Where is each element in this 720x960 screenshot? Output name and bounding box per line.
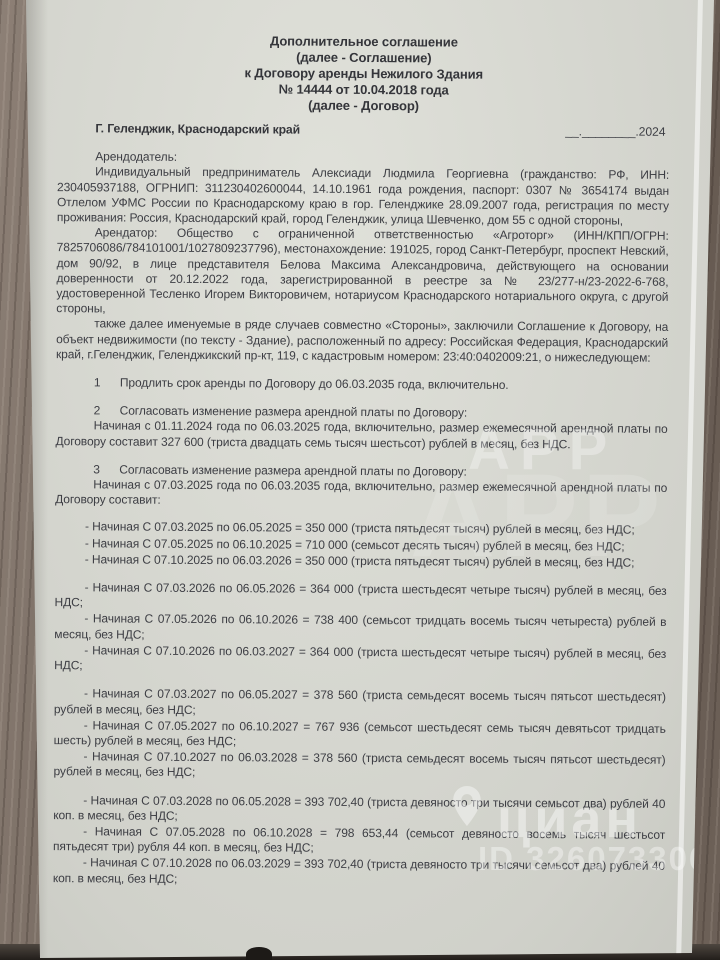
landlord-paragraph: Индивидуальный предприниматель Алексиади… [57, 165, 669, 230]
rate-line: - Начиная С 07.03.2027 по 06.05.2027 = 3… [54, 686, 666, 720]
rate-line: - Начиная С 07.03.2026 по 06.05.2026 = 3… [54, 580, 666, 614]
clause-2-number: 2 [94, 404, 120, 419]
rate-line: - Начиная С 07.05.2026 по 06.10.2026 = 7… [54, 612, 666, 646]
rate-line: - Начиная С 07.10.2025 по 06.03.2026 = 3… [55, 552, 667, 571]
clause-2-body: Начиная с 01.11.2024 года по 06.03.2025 … [55, 419, 667, 453]
rate-line: - Начиная С 07.05.2028 по 06.10.2028 = 7… [53, 824, 665, 858]
clause-1: 1Продлить срок аренды по Договору до 06.… [56, 375, 668, 394]
clause-1-number: 1 [94, 375, 120, 390]
rate-line: - Начиная С 07.10.2027 по 06.03.2028 = 3… [53, 749, 665, 783]
document-title-block: Дополнительное соглашение (далее - Согла… [58, 32, 670, 116]
document-photo: Дополнительное соглашение (далее - Согла… [0, 0, 720, 960]
rate-line: - Начиная С 07.05.2027 по 06.10.2027 = 7… [54, 718, 666, 752]
paper-sheet: Дополнительное соглашение (далее - Согла… [0, 0, 720, 960]
rate-line: - Начиная С 07.10.2028 по 06.03.2029 = 3… [53, 855, 665, 889]
rate-line: - Начиная С 07.03.2028 по 06.05.2028 = 3… [53, 793, 665, 827]
document-content: Дополнительное соглашение (далее - Согла… [53, 32, 670, 890]
title-line-5: (далее - Договор) [58, 96, 670, 116]
tenant-paragraph: Арендатор: Общество с ограниченной ответ… [56, 225, 669, 320]
clause-1-text: Продлить срок аренды по Договору до 06.0… [120, 376, 509, 392]
date-blank-line: __.________.2024 [565, 124, 669, 140]
joint-paragraph: также далее именуемые в ряде случаев сов… [56, 317, 668, 366]
page-stack-edge [676, 0, 703, 960]
clause-3-number: 3 [93, 462, 119, 477]
place-line: Г. Геленджик, Краснодарский край [57, 121, 300, 138]
clause-3-body: Начиная с 07.03.2025 года по 06.03.2035 … [55, 477, 667, 511]
rate-line: - Начиная С 07.10.2026 по 06.03.2027 = 3… [54, 643, 666, 677]
clause-3-text: Согласовать изменение размера арендной п… [119, 462, 467, 478]
dark-object [246, 947, 272, 960]
rate-schedule: - Начиная С 07.03.2025 по 06.05.2025 = 3… [53, 520, 667, 890]
clause-2-text: Согласовать изменение размера арендной п… [120, 404, 468, 420]
place-date-row: Г. Геленджик, Краснодарский край __.____… [57, 121, 669, 140]
